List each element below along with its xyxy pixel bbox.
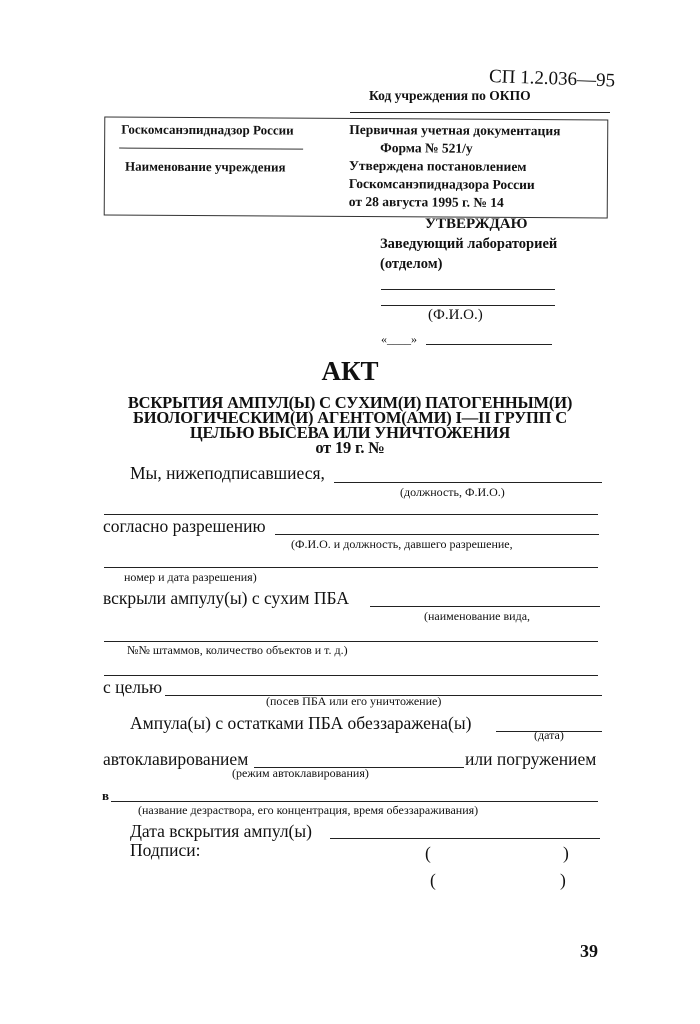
autoclave-caption: (режим автоклавирования) — [232, 766, 369, 781]
form-line-5: от 28 августа 1995 г. № 14 — [349, 194, 504, 211]
approve-title: УТВЕРЖДАЮ — [425, 216, 528, 233]
disinfected-caption: (дата) — [534, 728, 564, 743]
approver-department: (отделом) — [380, 256, 442, 273]
undersigned-label: Мы, нижеподписавшиеся, — [130, 463, 325, 484]
purpose-label: с целью — [103, 677, 162, 698]
organization-divider — [119, 148, 303, 150]
okpo-label: Код учреждения по ОКПО — [369, 88, 531, 104]
permission-caption-2: номер и дата разрешения) — [124, 570, 257, 585]
undersigned-caption: (должность, Ф.И.О.) — [400, 485, 505, 500]
form-number: Форма № 521/у — [380, 140, 473, 157]
opened-caption-1: (наименование вида, — [424, 609, 530, 624]
opened-label: вскрыли ампулу(ы) с сухим ПБА — [103, 588, 349, 609]
disinfectant-field[interactable] — [111, 801, 598, 802]
purpose-caption: (посев ПБА или его уничтожение) — [266, 694, 441, 709]
organization-name: Госкомсанэпиднадзор России — [121, 122, 294, 139]
opened-caption-2: №№ штаммов, количество объектов и т. д.) — [127, 643, 348, 658]
act-title: АКТ — [0, 356, 700, 387]
in-label: в — [102, 788, 109, 804]
act-date-number: от 19 г. № — [0, 438, 700, 458]
permission-field[interactable] — [275, 534, 599, 535]
form-line-4: Госкомсанэпиднадзора России — [349, 176, 535, 193]
approver-name-line — [381, 305, 555, 306]
opened-field-2[interactable] — [104, 641, 598, 642]
institution-name-caption: Наименование учреждения — [125, 159, 286, 176]
opened-field[interactable] — [370, 606, 600, 607]
form-line-3: Утверждена постановлением — [349, 158, 527, 175]
approval-date-line — [426, 344, 552, 345]
immersion-label: или погружением — [465, 749, 596, 770]
permission-caption-1: (Ф.И.О. и должность, давшего разрешение, — [291, 537, 513, 552]
signature-1-close: ) — [563, 843, 569, 864]
approver-signature-line — [381, 289, 555, 290]
in-caption: (название дезраствора, его концентрация,… — [138, 803, 478, 818]
autoclave-label: автоклавированием — [103, 749, 248, 770]
opening-date-field[interactable] — [330, 838, 600, 839]
page-number: 39 — [580, 941, 598, 962]
undersigned-field[interactable] — [334, 482, 602, 483]
approver-fio-caption: (Ф.И.О.) — [428, 307, 483, 324]
form-line-1: Первичная учетная документация — [349, 122, 560, 139]
opened-field-3[interactable] — [104, 675, 598, 676]
signature-2-open: ( — [430, 870, 436, 891]
okpo-line — [350, 112, 610, 113]
opening-date-label: Дата вскрытия ампул(ы) — [130, 821, 312, 842]
undersigned-field-2[interactable] — [104, 514, 598, 515]
header-box: Госкомсанэпиднадзор России Наименование … — [104, 116, 609, 218]
approver-position: Заведующий лабораторией — [380, 236, 557, 253]
approval-date-day: «____» — [381, 332, 417, 347]
permission-label: согласно разрешению — [103, 516, 266, 537]
signature-1-open: ( — [425, 843, 431, 864]
signatures-label: Подписи: — [130, 840, 201, 861]
permission-field-2[interactable] — [104, 567, 598, 568]
signature-2-close: ) — [560, 870, 566, 891]
disinfected-label: Ампула(ы) с остатками ПБА обеззаражена(ы… — [130, 713, 471, 734]
